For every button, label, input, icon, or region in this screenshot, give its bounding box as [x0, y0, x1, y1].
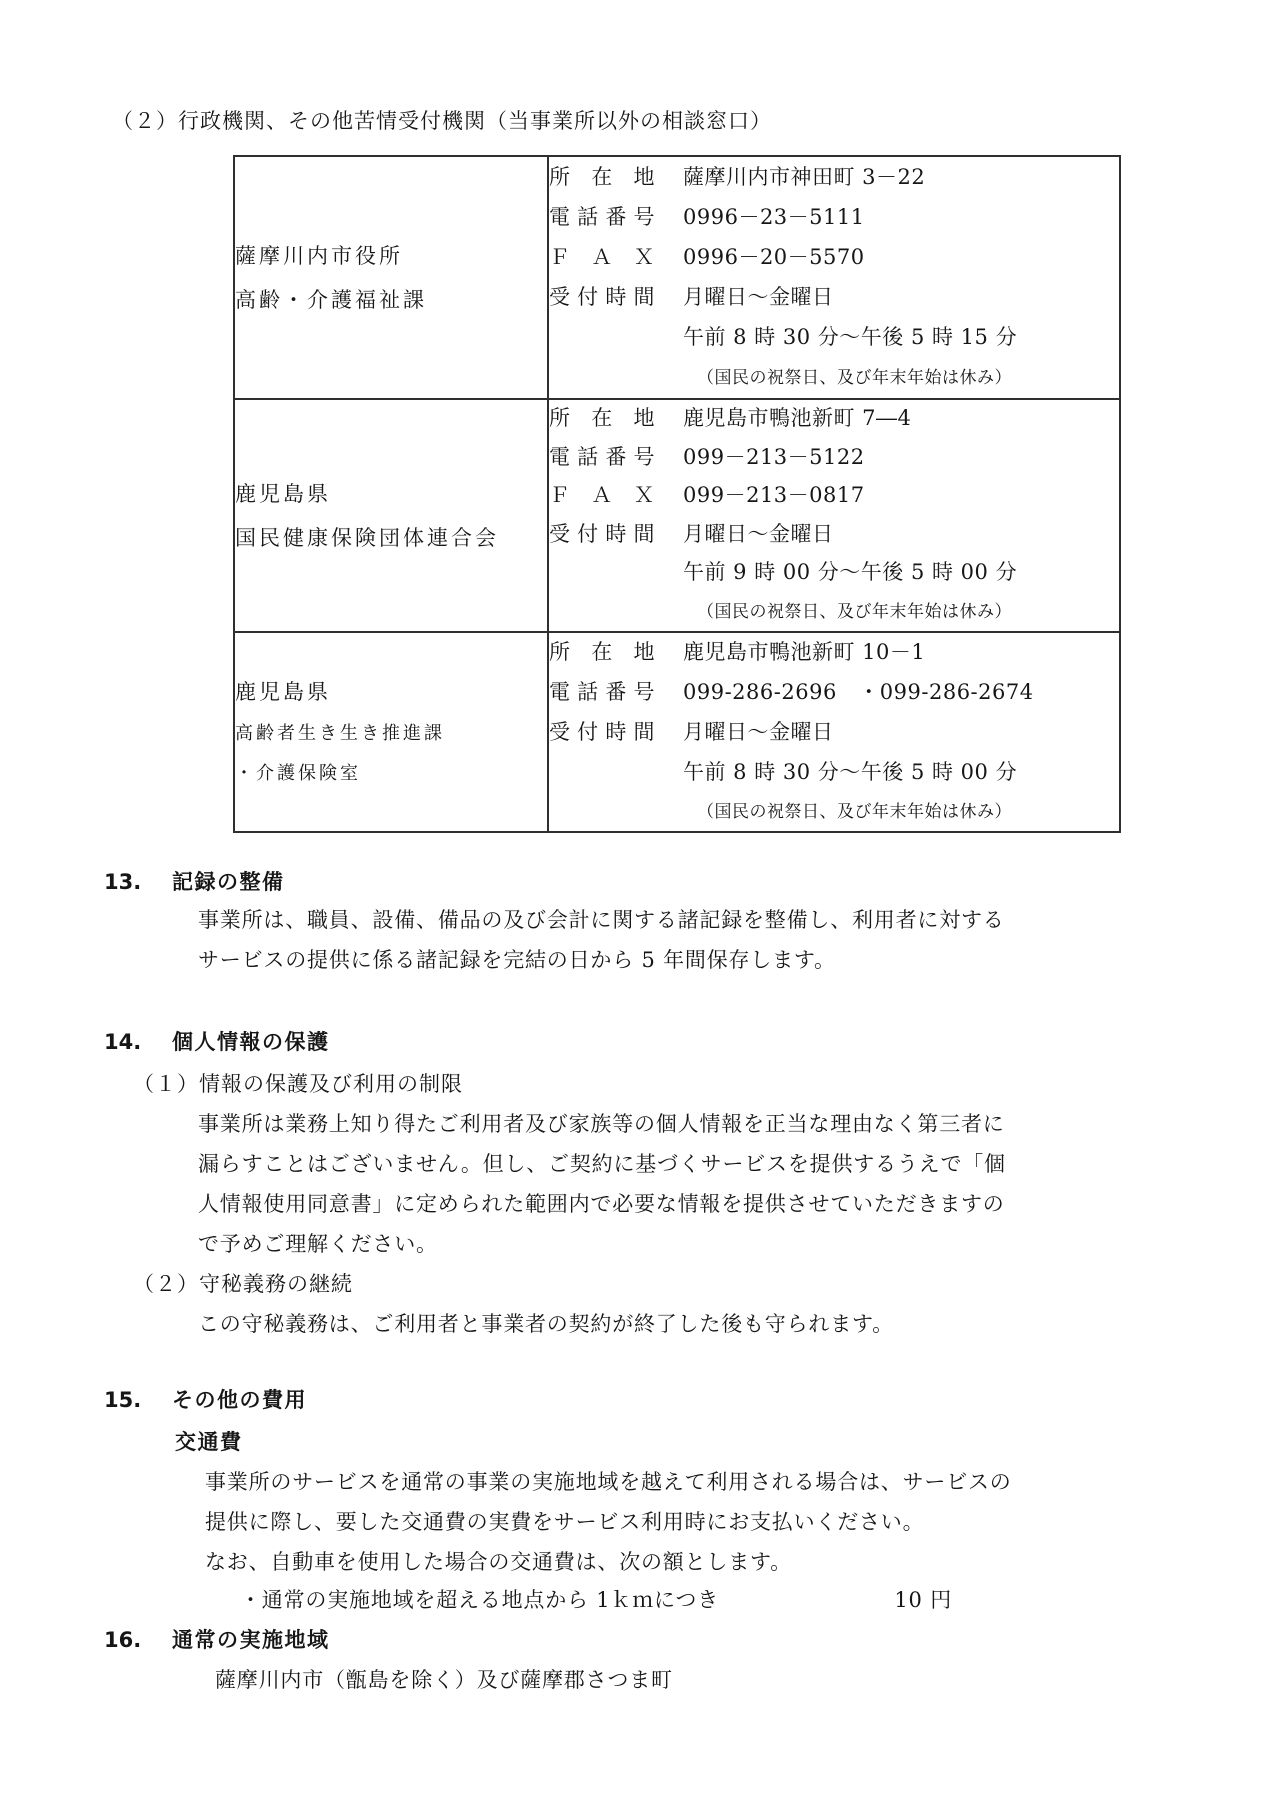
detail-label: 受付時間 — [549, 713, 655, 751]
detail-value-hours: 月曜日～金曜日 — [683, 720, 834, 744]
section-14-subitem-2-body: この守秘義務は、ご利用者と事業者の契約が終了した後も守られます。 — [198, 1304, 894, 1344]
section-number: 15. — [104, 1380, 172, 1420]
details-cell: 所 在 地薩摩川内市神田町 3－22 電話番号0996－23－5111 Ｆ Ａ … — [548, 156, 1120, 399]
body-line: 事業所は業務上知り得たご利用者及び家族等の個人情報を正当な理由なく第三者に — [198, 1104, 1006, 1144]
org-department: 高齢者生き生き推進課 — [235, 714, 547, 754]
section-title: 通常の実施地域 — [172, 1628, 330, 1652]
detail-label: 所 在 地 — [549, 400, 655, 438]
detail-line: （国民の祝祭日、及び年末年始は休み） — [549, 593, 1119, 632]
detail-line: Ｆ Ａ Ｘ0996－20－5570 — [549, 238, 1119, 278]
body-line: 提供に際し、要した交通費の実費をサービス利用時にお支払いください。 — [205, 1502, 1012, 1542]
table-row: 鹿児島県 高齢者生き生き推進課 ・介護保険室 所 在 地鹿児島市鴨池新町 10－… — [234, 632, 1120, 832]
detail-label: 所 在 地 — [549, 158, 655, 197]
table-row: 鹿児島県 国民健康保険団体連合会 所 在 地鹿児島市鴨池新町 7―4 電話番号0… — [234, 399, 1120, 632]
detail-label: 受付時間 — [549, 278, 655, 317]
holiday-note: （国民の祝祭日、及び年末年始は休み） — [697, 602, 1012, 622]
detail-value-address: 鹿児島市鴨池新町 7―4 — [683, 406, 911, 430]
detail-line: 午前 8 時 30 分～午後 5 時 00 分 — [549, 753, 1119, 793]
detail-label: Ｆ Ａ Ｘ — [549, 238, 655, 277]
section-number: 13. — [104, 862, 172, 902]
section-14-subitem-1: （１）情報の保護及び利用の制限 — [133, 1064, 463, 1104]
detail-value-phone: 099－213－5122 — [683, 445, 865, 469]
detail-label: 電話番号 — [549, 673, 655, 711]
section-title: 個人情報の保護 — [172, 1030, 330, 1054]
detail-line: 所 在 地鹿児島市鴨池新町 7―4 — [549, 400, 1119, 439]
detail-label: Ｆ Ａ Ｘ — [549, 477, 655, 515]
detail-value-hours-time: 午前 8 時 30 分～午後 5 時 00 分 — [683, 760, 1017, 784]
org-name: 鹿児島県 — [235, 670, 547, 714]
detail-value-address: 鹿児島市鴨池新町 10－1 — [683, 640, 925, 664]
travel-fee-text: ・通常の実施地域を超える地点から 1ｋｍにつき — [240, 1580, 719, 1620]
detail-line: 受付時間月曜日～金曜日 — [549, 713, 1119, 753]
org-department: ・介護保険室 — [235, 754, 547, 794]
org-cell: 鹿児島県 国民健康保険団体連合会 — [234, 399, 548, 632]
org-name: 薩摩川内市役所 — [235, 234, 547, 278]
detail-label: 電話番号 — [549, 439, 655, 477]
detail-line: 受付時間月曜日～金曜日 — [549, 516, 1119, 555]
detail-line: 電話番号0996－23－5111 — [549, 198, 1119, 238]
detail-line: 電話番号099－213－5122 — [549, 439, 1119, 478]
complaint-contacts-table: 薩摩川内市役所 高齢・介護福祉課 所 在 地薩摩川内市神田町 3－22 電話番号… — [233, 155, 1121, 833]
body-line: 事業所は、職員、設備、備品の及び会計に関する諸記録を整備し、利用者に対する — [198, 900, 1005, 940]
section-14-heading: 14.個人情報の保護 — [104, 1022, 330, 1062]
section-13-body: 事業所は、職員、設備、備品の及び会計に関する諸記録を整備し、利用者に対する サー… — [198, 900, 1005, 980]
details-cell: 所 在 地鹿児島市鴨池新町 10－1 電話番号099-286-2696 ・099… — [548, 632, 1120, 832]
org-cell: 鹿児島県 高齢者生き生き推進課 ・介護保険室 — [234, 632, 548, 832]
section-13-heading: 13.記録の整備 — [104, 862, 285, 902]
section-15-body: 事業所のサービスを通常の事業の実施地域を越えて利用される場合は、サービスの 提供… — [205, 1462, 1012, 1582]
detail-label: 所 在 地 — [549, 633, 655, 671]
section-15-subtitle: 交通費 — [175, 1422, 243, 1462]
section-number: 16. — [104, 1620, 172, 1660]
details-cell: 所 在 地鹿児島市鴨池新町 7―4 電話番号099－213－5122 Ｆ Ａ Ｘ… — [548, 399, 1120, 632]
body-line: この守秘義務は、ご利用者と事業者の契約が終了した後も守られます。 — [198, 1304, 894, 1344]
detail-line: 所 在 地薩摩川内市神田町 3－22 — [549, 158, 1119, 198]
org-cell: 薩摩川内市役所 高齢・介護福祉課 — [234, 156, 548, 399]
body-line: なお、自動車を使用した場合の交通費は、次の額とします。 — [205, 1542, 1012, 1582]
detail-line: Ｆ Ａ Ｘ099－213－0817 — [549, 477, 1119, 516]
section-number: 14. — [104, 1022, 172, 1062]
detail-value-phone: 099-286-2696 ・099-286-2674 — [683, 680, 1034, 704]
section-heading-complaint-contacts: （２）行政機関、その他苦情受付機関（当事業所以外の相談窓口） — [112, 106, 772, 136]
section-title: 記録の整備 — [172, 870, 285, 894]
holiday-note: （国民の祝祭日、及び年末年始は休み） — [697, 368, 1012, 388]
section-14-subitem-1-body: 事業所は業務上知り得たご利用者及び家族等の個人情報を正当な理由なく第三者に 漏ら… — [198, 1104, 1006, 1264]
detail-line: 午前 9 時 00 分～午後 5 時 00 分 — [549, 554, 1119, 593]
section-title: その他の費用 — [172, 1388, 307, 1412]
body-line: 漏らすことはございません。但し、ご契約に基づくサービスを提供するうえで「個 — [198, 1144, 1006, 1184]
detail-line: 午前 8 時 30 分～午後 5 時 15 分 — [549, 318, 1119, 358]
org-department: 高齢・介護福祉課 — [235, 278, 547, 322]
body-line: 事業所のサービスを通常の事業の実施地域を越えて利用される場合は、サービスの — [205, 1462, 1012, 1502]
body-line: サービスの提供に係る諸記録を完結の日から 5 年間保存します。 — [198, 940, 1005, 980]
detail-value-phone: 0996－23－5111 — [683, 205, 865, 229]
detail-value-hours-time: 午前 9 時 00 分～午後 5 時 00 分 — [683, 560, 1017, 584]
section-14-subitem-2: （２）守秘義務の継続 — [133, 1264, 353, 1304]
detail-value-fax: 0996－20－5570 — [683, 245, 865, 269]
holiday-note: （国民の祝祭日、及び年末年始は休み） — [697, 802, 1012, 822]
detail-value-address: 薩摩川内市神田町 3－22 — [683, 165, 925, 189]
detail-line: 電話番号099-286-2696 ・099-286-2674 — [549, 673, 1119, 713]
travel-fee-bullet: ・通常の実施地域を超える地点から 1ｋｍにつき 10 円 — [240, 1580, 952, 1620]
detail-value-fax: 099－213－0817 — [683, 483, 865, 507]
detail-value-hours-time: 午前 8 時 30 分～午後 5 時 15 分 — [683, 325, 1017, 349]
table-row: 薩摩川内市役所 高齢・介護福祉課 所 在 地薩摩川内市神田町 3－22 電話番号… — [234, 156, 1120, 399]
detail-line: （国民の祝祭日、及び年末年始は休み） — [549, 358, 1119, 398]
section-16-body: 薩摩川内市（甑島を除く）及び薩摩郡さつま町 — [215, 1660, 673, 1700]
detail-line: 受付時間月曜日～金曜日 — [549, 278, 1119, 318]
travel-fee-price: 10 円 — [894, 1580, 952, 1620]
detail-label: 受付時間 — [549, 516, 655, 554]
section-16-heading: 16.通常の実施地域 — [104, 1620, 330, 1660]
document-page: （２）行政機関、その他苦情受付機関（当事業所以外の相談窓口） 薩摩川内市役所 高… — [0, 0, 1280, 1811]
body-line: 薩摩川内市（甑島を除く）及び薩摩郡さつま町 — [215, 1660, 673, 1700]
section-15-heading: 15.その他の費用 — [104, 1380, 307, 1420]
body-line: で予めご理解ください。 — [198, 1224, 1006, 1264]
complaint-contacts-table-wrap: 薩摩川内市役所 高齢・介護福祉課 所 在 地薩摩川内市神田町 3－22 電話番号… — [233, 155, 1121, 833]
detail-value-hours: 月曜日～金曜日 — [683, 285, 834, 309]
body-line: 人情報使用同意書」に定められた範囲内で必要な情報を提供させていただきますの — [198, 1184, 1006, 1224]
detail-label: 電話番号 — [549, 198, 655, 237]
detail-value-hours: 月曜日～金曜日 — [683, 522, 834, 546]
detail-line: 所 在 地鹿児島市鴨池新町 10－1 — [549, 633, 1119, 673]
org-department: 国民健康保険団体連合会 — [235, 516, 547, 560]
org-name: 鹿児島県 — [235, 472, 547, 516]
detail-line: （国民の祝祭日、及び年末年始は休み） — [549, 793, 1119, 831]
